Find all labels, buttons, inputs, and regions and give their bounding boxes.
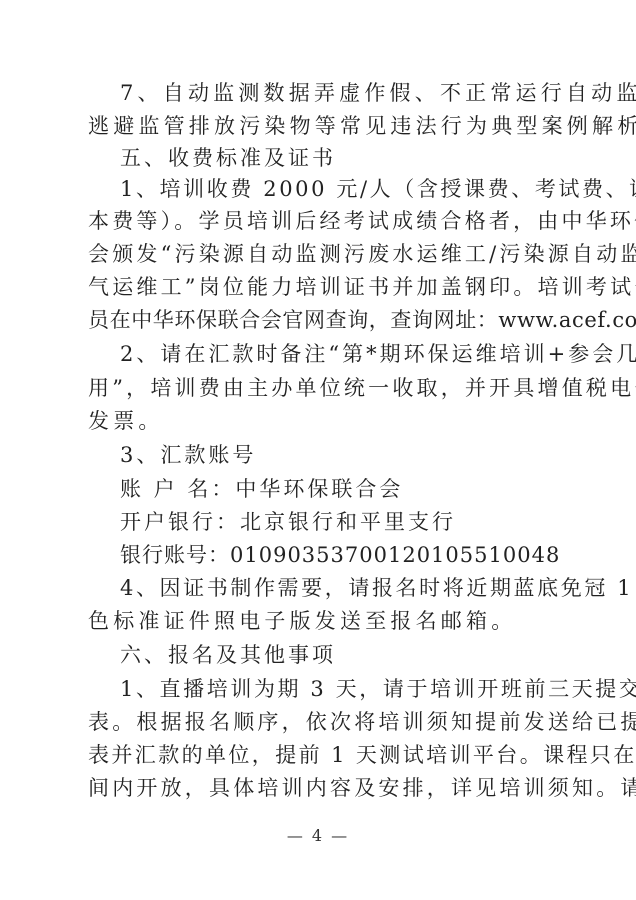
section-heading-fees-certificate: 五、收费标准及证书 (120, 143, 536, 173)
section-heading-registration: 六、报名及其他事项 (120, 640, 536, 670)
registration-item-1-line-4: 间内开放，具体培训内容及安排，详见培训须知。请学员参 (88, 773, 536, 803)
remittance-account-heading: 3、汇款账号 (120, 440, 536, 470)
registration-item-1-line-1: 1、直播培训为期 3 天，请于培训开班前三天提交报名 (120, 674, 536, 704)
registration-item-1-line-2: 表。根据报名顺序，依次将培训须知提前发送给已提交报名 (88, 707, 536, 737)
fee-item-4-line-2: 色标准证件照电子版发送至报名邮箱。 (88, 606, 536, 636)
fee-item-1-line-1: 1、培训收费 2000 元/人（含授课费、考试费、证书工 (120, 174, 536, 204)
item-7-line-2: 逃避监管排放污染物等常见违法行为典型案例解析。 (88, 111, 536, 141)
fee-item-1-line-5-website: 员在中华环保联合会官网查询，查询网址：www.acef.com.cn (88, 305, 536, 335)
fee-item-1-line-2: 本费等）。学员培训后经考试成绩合格者，由中华环保联合 (88, 206, 536, 236)
account-name: 账 户 名：中华环保联合会 (120, 474, 536, 504)
fee-item-4-line-1: 4、因证书制作需要，请报名时将近期蓝底免冠 1 寸彩 (120, 573, 536, 603)
document-page: 7、自动监测数据弄虚作假、不正常运行自动监控设施、 逃避监管排放污染物等常见违法… (0, 0, 636, 900)
item-7-line-1: 7、自动监测数据弄虚作假、不正常运行自动监控设施、 (120, 78, 536, 108)
page-number: — 4 — (0, 826, 636, 845)
fee-item-1-line-4: 气运维工”岗位能力培训证书并加盖钢印。培训考试合格学 (88, 272, 536, 302)
fee-item-2-line-1: 2、请在汇款时备注“第*期环保运维培训+参会几人费 (120, 339, 536, 369)
fee-item-2-line-2: 用”，培训费由主办单位统一收取，并开具增值税电子普通 (88, 373, 536, 403)
account-number: 银行账号：01090353700120105510048 (120, 540, 536, 570)
fee-item-2-line-3: 发票。 (88, 406, 536, 436)
registration-item-1-line-3: 表并汇款的单位，提前 1 天测试培训平台。课程只在规定时 (88, 740, 536, 770)
account-bank: 开户银行：北京银行和平里支行 (120, 507, 536, 537)
fee-item-1-line-3: 会颁发“污染源自动监测污废水运维工/污染源自动监测废 (88, 239, 536, 269)
